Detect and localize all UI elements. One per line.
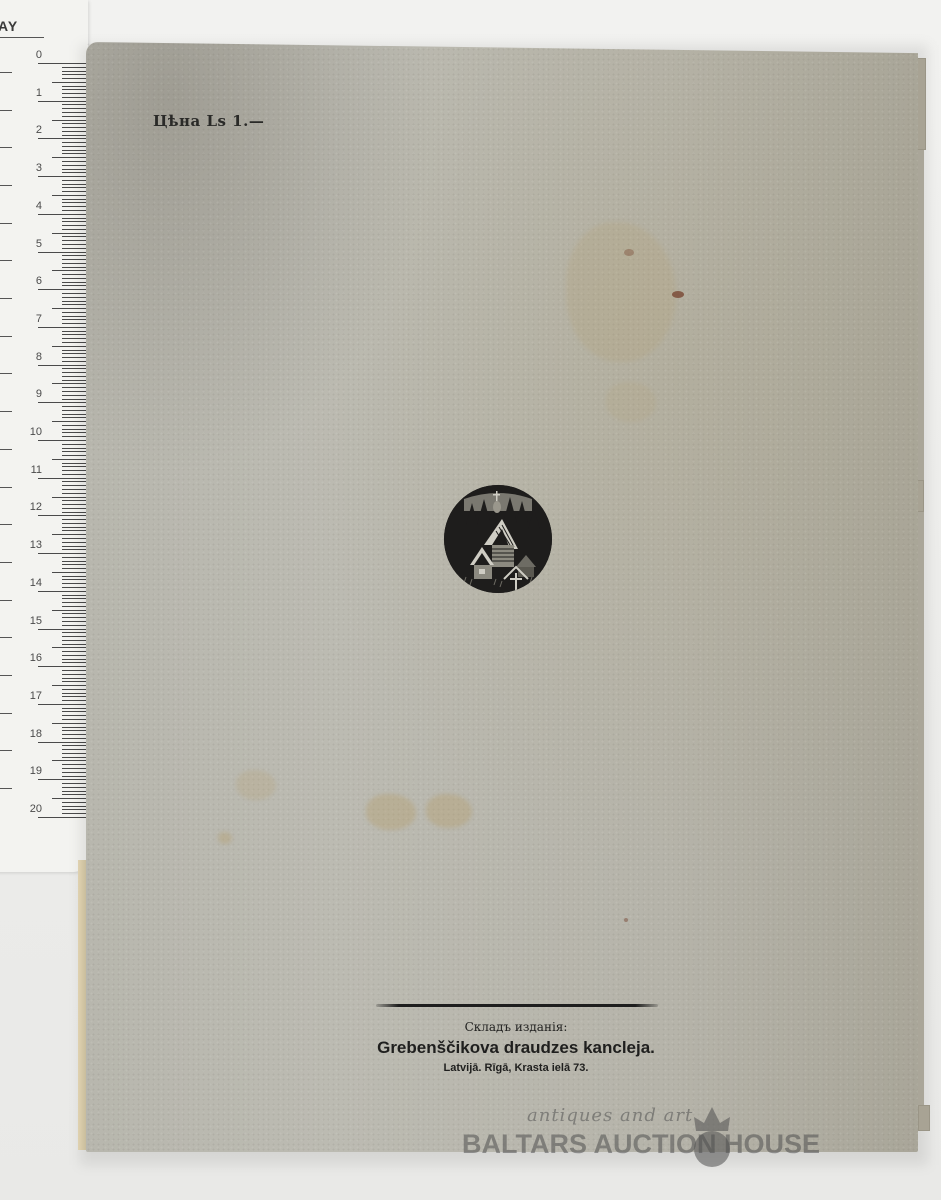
stain: [218, 832, 232, 844]
warehouse-label: Складъ изданія:: [316, 1020, 716, 1034]
stain: [426, 794, 472, 828]
ruler-number: 17: [18, 690, 42, 702]
ruler-inch-tick: [0, 637, 12, 638]
ruler-scale: 01234567891011121314151617181920: [0, 0, 88, 872]
ruler-inch-tick: [0, 298, 12, 299]
church-woodcut-icon: [444, 485, 552, 593]
ruler-inch-tick: [0, 260, 12, 261]
ruler-inch-tick: [0, 524, 12, 525]
ruler-number: 8: [18, 351, 42, 363]
footer-divider: [376, 1004, 658, 1007]
watermark-name: BALTARS AUCTION HOUSE: [462, 1129, 820, 1160]
ruler-inch-tick: [0, 750, 12, 751]
ruler-number: 4: [18, 200, 42, 212]
ruler-inch-tick: [0, 675, 12, 676]
stain: [606, 382, 656, 422]
ruler-number: 3: [18, 162, 42, 174]
publisher-name: Grebenščikova draudzes kancleja.: [316, 1038, 716, 1058]
publisher-address: Latvijā. Rīgā, Krasta ielā 73.: [316, 1062, 716, 1074]
woodcut-emblem: [444, 485, 552, 593]
ruler-inch-tick: [0, 147, 12, 148]
ruler-inch-tick: [0, 600, 12, 601]
ruler-number: 2: [18, 124, 42, 136]
spot: [624, 249, 634, 256]
ruler-number: 5: [18, 238, 42, 250]
ruler-number: 14: [18, 577, 42, 589]
ruler-number: 18: [18, 728, 42, 740]
spot: [672, 291, 684, 298]
watermark-tagline: antiques and art: [527, 1105, 693, 1126]
ruler-number: 9: [18, 388, 42, 400]
ruler-number: 16: [18, 652, 42, 664]
price-label: Цѣна Ls 1.—: [153, 112, 264, 130]
ruler-inch-tick: [0, 373, 12, 374]
stain: [236, 770, 276, 800]
stain: [566, 222, 676, 362]
spot: [624, 918, 628, 922]
ruler-inch-tick: [0, 713, 12, 714]
ruler-number: 13: [18, 539, 42, 551]
ruler-number: 12: [18, 501, 42, 513]
ruler-inch-tick: [0, 223, 12, 224]
stain: [366, 794, 416, 830]
ruler-inch-tick: [0, 562, 12, 563]
ruler-number: 15: [18, 615, 42, 627]
page-tab-bottom: [918, 1105, 930, 1131]
ruler-number: 19: [18, 765, 42, 777]
ruler-inch-tick: [0, 72, 12, 73]
ruler-number: 1: [18, 87, 42, 99]
ruler-number: 6: [18, 275, 42, 287]
ruler-inch-tick: [0, 411, 12, 412]
ruler-inch-tick: [0, 449, 12, 450]
ruler-number: 7: [18, 313, 42, 325]
ruler-inch-tick: [0, 110, 12, 111]
booklet-left-edge: [78, 860, 86, 1150]
ruler-number: 10: [18, 426, 42, 438]
booklet-cover: Цѣна Ls 1.—: [86, 42, 918, 1152]
ruler-inch-tick: [0, 336, 12, 337]
ruler-inch-tick: [0, 487, 12, 488]
ruler-number: 20: [18, 803, 42, 815]
measuring-ruler: AY 01234567891011121314151617181920: [0, 0, 88, 872]
auction-watermark: antiques and art BALTARS AUCTION HOUSE: [462, 1103, 862, 1173]
ruler-number: 11: [18, 464, 42, 476]
ruler-inch-tick: [0, 185, 12, 186]
ruler-inch-tick: [0, 788, 12, 789]
publisher-imprint: Складъ изданія: Grebenščikova draudzes k…: [316, 1020, 716, 1074]
ruler-number: 0: [18, 49, 42, 61]
